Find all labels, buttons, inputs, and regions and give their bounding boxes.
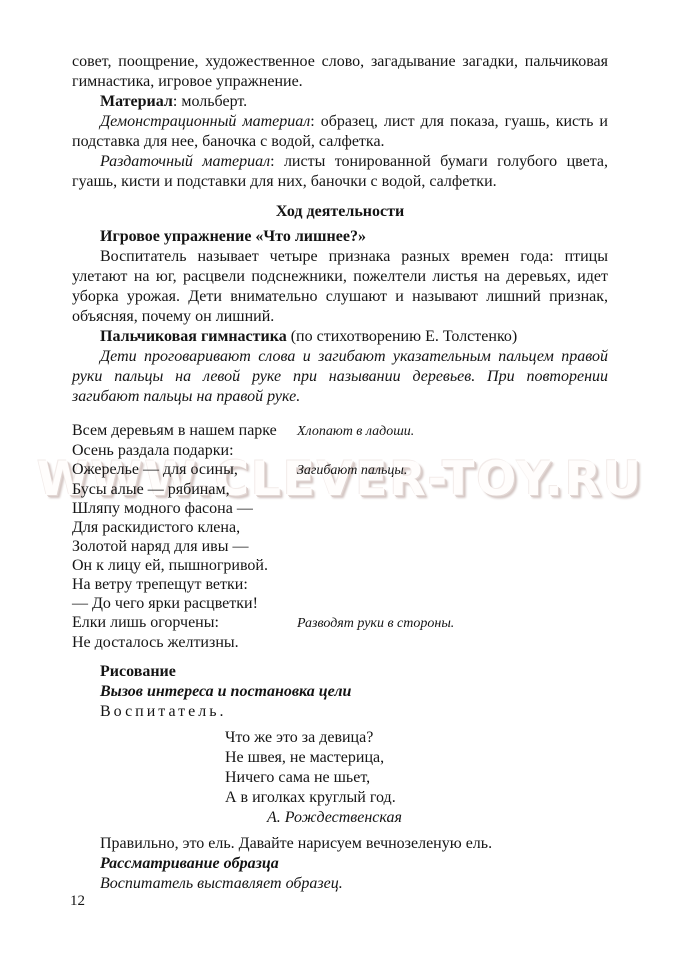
game-exercise-title: Игровое упражнение «Что лишнее?» <box>72 227 608 247</box>
poem-line: Не досталось желтизны. <box>72 633 297 652</box>
poem-action: Разводят руки в стороны. <box>297 613 454 633</box>
demo-material-paragraph: Демонстрационный материал: образец, лист… <box>72 112 608 152</box>
poem-row: Ожерелье — для осины,Загибают пальцы. <box>72 460 608 480</box>
poem-row: Шляпу модного фасона — <box>72 499 608 518</box>
riddle-block: Что же это за девица? Не швея, не мастер… <box>225 728 608 808</box>
riddle-line: Не швея, не мастерица, <box>225 748 608 768</box>
poem-row: Осень раздала подарки: <box>72 441 608 460</box>
poem-line: Золотой наряд для ивы — <box>72 537 297 556</box>
riddle-line: Что же это за девица? <box>225 728 608 748</box>
poem-row: Всем деревьям в нашем паркеХлопают в лад… <box>72 421 608 441</box>
riddle-line: Ничего сама не шьет, <box>225 768 608 788</box>
poem-line: Всем деревьям в нашем парке <box>72 421 297 441</box>
poem-action: Хлопают в ладоши. <box>297 421 414 441</box>
poem-row: Для раскидистого клена, <box>72 518 608 537</box>
review-text: Воспитатель выставляет образец. <box>72 874 608 894</box>
poem-line: Бусы алые — рябинам, <box>72 480 297 499</box>
demo-material-label: Демонстрационный материал <box>100 113 310 130</box>
poem-line: Ожерелье — для осины, <box>72 460 297 480</box>
speaker-line: Воспитатель. <box>72 702 608 722</box>
finger-gym-title: Пальчиковая гимнастика (по стихотворению… <box>72 327 608 347</box>
poem-line: Елки лишь огорчены: <box>72 613 297 633</box>
game-exercise-text: Воспитатель называет четыре признака раз… <box>72 247 608 327</box>
finger-gym-note: Дети проговаривают слова и загибают указ… <box>72 347 608 407</box>
review-title: Рассматривание образца <box>72 854 608 874</box>
poem-line: Шляпу модного фасона — <box>72 499 297 518</box>
section-heading: Ход деятельности <box>72 202 608 222</box>
poem-line: — До чего ярки расцветки! <box>72 594 297 613</box>
material-paragraph: Материал: мольберт. <box>72 92 608 112</box>
finger-gym-source: (по стихотворению Е. Толстенко) <box>287 328 518 345</box>
material-label: Материал <box>100 93 173 110</box>
speaker-name: Воспитатель. <box>100 703 227 720</box>
poem-row: Елки лишь огорчены:Разводят руки в сторо… <box>72 613 608 633</box>
document-page: WWW.CLEVER-TOY.RU совет, поощрение, худо… <box>0 0 680 960</box>
intro-paragraph: совет, поощрение, художественное слово, … <box>72 52 608 92</box>
poem-row: Бусы алые — рябинам, <box>72 480 608 499</box>
finger-gym-label: Пальчиковая гимнастика <box>100 328 287 345</box>
poem-row: Он к лицу ей, пышногривой. <box>72 556 608 575</box>
handout-material-label: Раздаточный материал <box>100 153 270 170</box>
material-value: : мольберт. <box>173 93 247 110</box>
answer-paragraph: Правильно, это ель. Давайте нарисуем веч… <box>72 834 608 854</box>
tree-poem: Всем деревьям в нашем паркеХлопают в лад… <box>72 421 608 652</box>
poem-line: Он к лицу ей, пышногривой. <box>72 556 297 575</box>
page-number: 12 <box>70 893 85 910</box>
handout-material-paragraph: Раздаточный материал: листы тонированной… <box>72 152 608 192</box>
poem-line: Осень раздала подарки: <box>72 441 297 460</box>
riddle-author: А. Рождественская <box>267 808 608 828</box>
page-content: совет, поощрение, художественное слово, … <box>72 52 608 894</box>
poem-row: На ветру трепещут ветки: <box>72 575 608 594</box>
poem-line: На ветру трепещут ветки: <box>72 575 297 594</box>
poem-action: Загибают пальцы. <box>297 460 407 480</box>
poem-row: Золотой наряд для ивы — <box>72 537 608 556</box>
drawing-section-title: Рисование <box>72 662 608 682</box>
poem-row: Не досталось желтизны. <box>72 633 608 652</box>
drawing-subtitle: Вызов интереса и постановка цели <box>72 682 608 702</box>
riddle-line: А в иголках круглый год. <box>225 788 608 808</box>
poem-line: Для раскидистого клена, <box>72 518 297 537</box>
poem-row: — До чего ярки расцветки! <box>72 594 608 613</box>
